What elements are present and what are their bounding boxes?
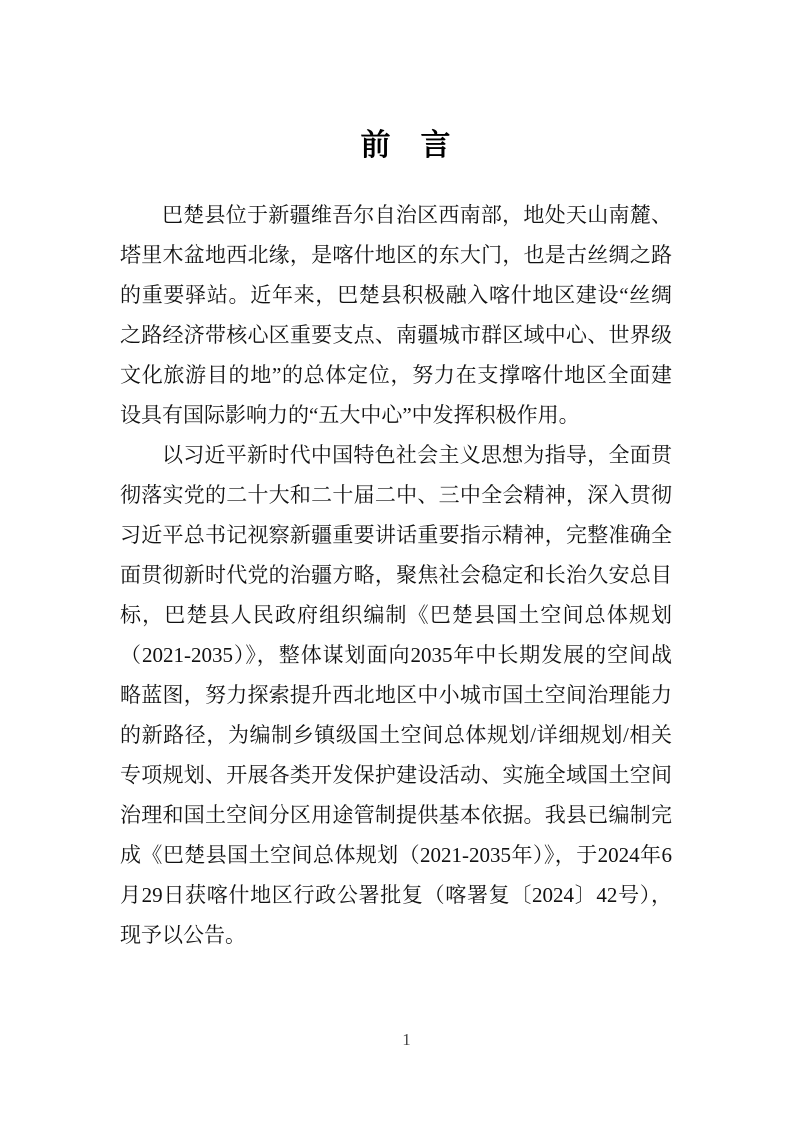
page-title: 前 言 (9, 0, 793, 162)
page-number: 1 (10, 1030, 793, 1050)
document-page: 前 言 巴楚县位于新疆维吾尔自治区西南部，地处天山南麓、塔里木盆地西北缘，是喀什… (0, 0, 793, 1122)
body-paragraph-1: 巴楚县位于新疆维吾尔自治区西南部，地处天山南麓、塔里木盆地西北缘，是喀什地区的东… (120, 195, 672, 435)
body-paragraph-2: 以习近平新时代中国特色社会主义思想为指导，全面贯彻落实党的二十大和二十届二中、三… (120, 435, 672, 955)
document-body: 巴楚县位于新疆维吾尔自治区西南部，地处天山南麓、塔里木盆地西北缘，是喀什地区的东… (120, 195, 672, 955)
